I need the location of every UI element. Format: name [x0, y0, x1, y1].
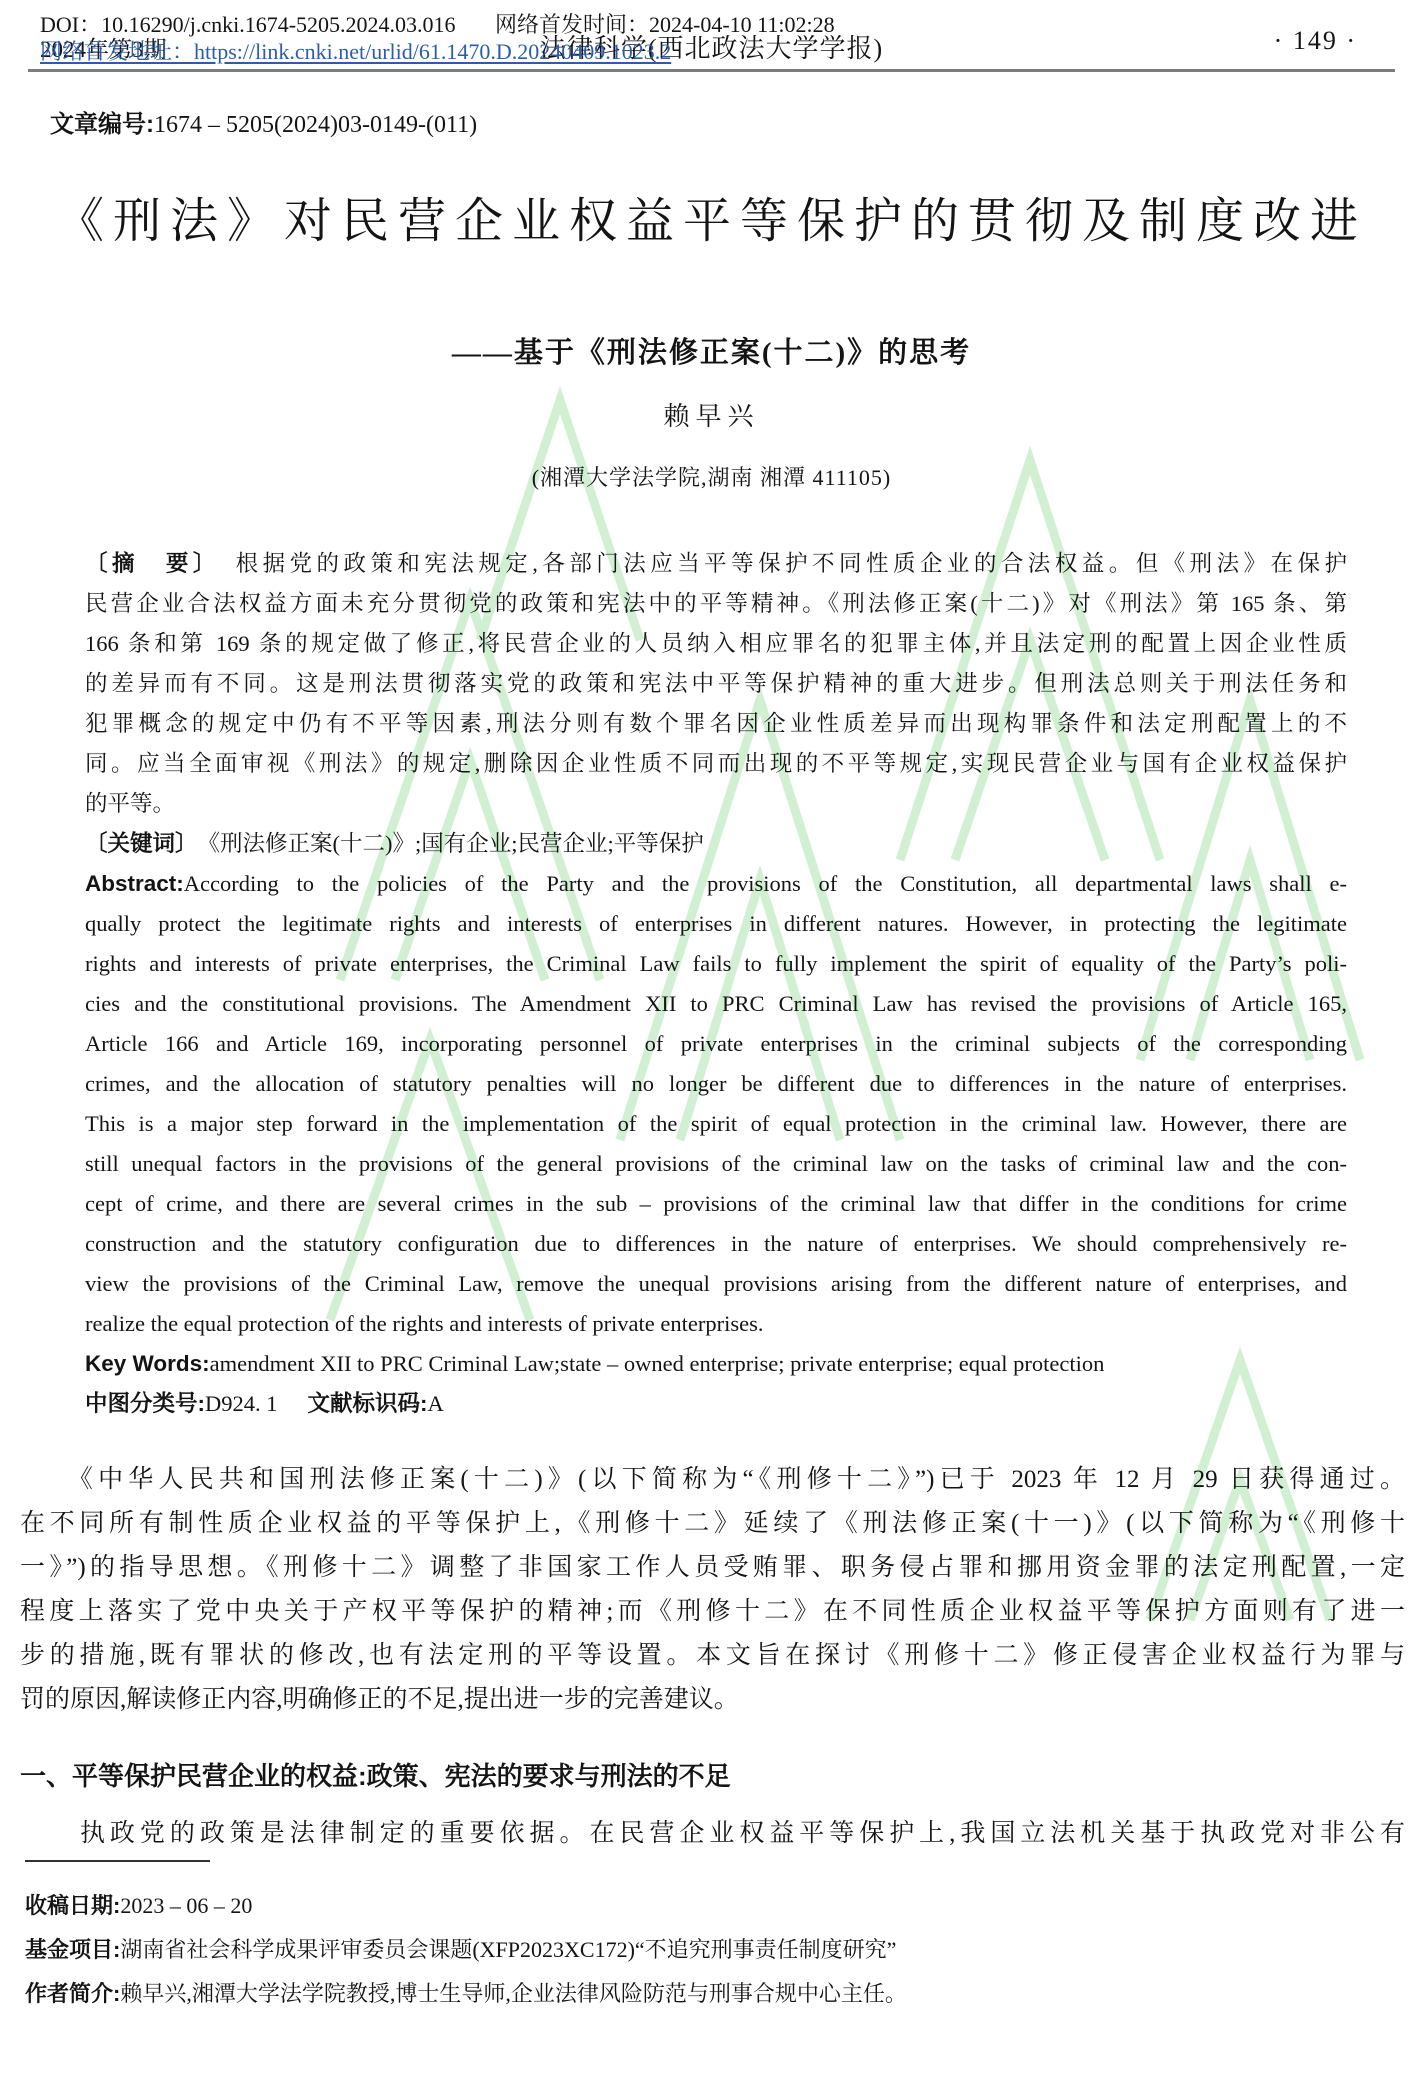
abstract-en-line: Article 166 and Article 169, incorporati… [85, 1024, 1347, 1064]
abstract-en-line: This is a major step forward in the impl… [85, 1104, 1347, 1144]
abstract-en-line: still unequal factors in the provisions … [85, 1144, 1347, 1184]
body-line: 步的措施,既有罪状的修改,也有法定刑的平等设置。本文旨在探讨《刑修十二》修正侵害… [20, 1634, 1405, 1678]
author-bio-line: 作者简介:赖早兴,湘潭大学法学院教授,博士生导师,企业法律风险防范与刑事合规中心… [25, 1972, 1405, 2016]
clc-value: D924. 1 [205, 1391, 278, 1416]
paper-title: 《刑法》对民营企业权益平等保护的贯彻及制度改进 [0, 182, 1423, 251]
author-bio-label: 作者简介: [25, 1981, 120, 2006]
keywords-cn-label: 〔关键词〕 [85, 831, 186, 856]
body-paragraph-1: 《中华人民共和国刑法修正案(十二)》(以下简称为“《刑修十二》”)已于 2023… [20, 1458, 1405, 1722]
paper-subtitle: ——基于《刑法修正案(十二)》的思考 [0, 330, 1423, 371]
keywords-en-label: Key Words: [85, 1351, 210, 1376]
doc-code-value: A [428, 1391, 444, 1416]
author-name: 赖早兴 [0, 396, 1423, 433]
abstract-cn-line: 的平等。 [85, 784, 1347, 824]
body-text: 《中华人民共和国刑法修正案(十二)》(以下简称为“《刑修十二》”)已于 2023… [20, 1458, 1405, 1856]
clc-label: 中图分类号: [85, 1391, 205, 1416]
article-id-line: 文章编号:1674 – 5205(2024)03-0149-(011) [50, 104, 477, 139]
online-url-link[interactable]: 网络首发地址：https://link.cnki.net/urlid/61.14… [40, 35, 671, 66]
body-paragraph-2: 执政党的政策是法律制定的重要依据。在民营企业权益平等保护上,我国立法机关基于执政… [20, 1812, 1405, 1856]
body-line: 程度上落实了党中央关于产权平等保护的精神;而《刑修十二》在不同性质企业权益平等保… [20, 1590, 1405, 1634]
header-rule [28, 69, 1395, 72]
abstract-en-lines: qually protect the legitimate rights and… [85, 904, 1347, 1344]
received-date-line: 收稿日期:2023 – 06 – 20 [25, 1884, 1405, 1928]
author-affiliation: (湘潭大学法学院,湖南 湘潭 411105) [0, 461, 1423, 492]
abstract-en-line: rights and interests of private enterpri… [85, 944, 1347, 984]
abstract-en-label: Abstract: [85, 871, 184, 896]
abstract-en-line: view the provisions of the Criminal Law,… [85, 1264, 1347, 1304]
abstract-block: 〔摘 要〕 根据党的政策和宪法规定,各部门法应当平等保护不同性质企业的合法权益。… [85, 544, 1347, 1424]
abstract-en-line: realize the equal protection of the righ… [85, 1304, 1347, 1344]
body-line: 罚的原因,解读修正内容,明确修正的不足,提出进一步的完善建议。 [20, 1678, 1405, 1722]
body-line: 《中华人民共和国刑法修正案(十二)》(以下简称为“《刑修十二》”)已于 2023… [20, 1458, 1405, 1502]
abstract-cn-line: 同。应当全面审视《刑法》的规定,删除因企业性质不同而出现的不平等规定,实现民营企… [85, 744, 1347, 784]
body-line: 在不同所有制性质企业权益的平等保护上,《刑修十二》延续了《刑法修正案(十一)》(… [20, 1502, 1405, 1546]
section-heading-1: 一、平等保护民营企业的权益:政策、宪法的要求与刑法的不足 [20, 1754, 1405, 1798]
abstract-cn-line: 犯罪概念的规定中仍有不平等因素,刑法分则有数个罪名因企业性质差异而出现构罪条件和… [85, 704, 1347, 744]
abstract-cn-first-line: 〔摘 要〕 根据党的政策和宪法规定,各部门法应当平等保护不同性质企业的合法权益。… [85, 544, 1347, 584]
footnote-rule [25, 1860, 210, 1862]
abstract-en-line: construction and the statutory configura… [85, 1224, 1347, 1264]
doc-code-label: 文献标识码: [308, 1391, 428, 1416]
abstract-en-first-line: Abstract:According to the policies of th… [85, 864, 1347, 904]
abstract-cn-line: 民营企业合法权益方面未充分贯彻党的政策和宪法中的平等精神。《刑法修正案(十二)》… [85, 584, 1347, 624]
abstract-en-line: crimes, and the allocation of statutory … [85, 1064, 1347, 1104]
keywords-en-line: Key Words:amendment XII to PRC Criminal … [85, 1344, 1347, 1384]
journal-page: DOI：10.16290/j.cnki.1674-5205.2024.03.01… [0, 0, 1423, 2084]
fund-project-line: 基金项目:湖南省社会科学成果评审委员会课题(XFP2023XC172)“不追究刑… [25, 1928, 1405, 1972]
classification-line: 中图分类号:D924. 1文献标识码:A [85, 1384, 1347, 1424]
abstract-en-line: qually protect the legitimate rights and… [85, 904, 1347, 944]
body-line: 一》”)的指导思想。《刑修十二》调整了非国家工作人员受贿罪、职务侵占罪和挪用资金… [20, 1546, 1405, 1590]
article-id-value: 1674 – 5205(2024)03-0149-(011) [154, 112, 477, 138]
abstract-cn-line: 的差异而有不同。这是刑法贯彻落实党的政策和宪法中平等保护精神的重大进步。但刑法总… [85, 664, 1347, 704]
abstract-en-line: cies and the constitutional provisions. … [85, 984, 1347, 1024]
received-date-label: 收稿日期: [25, 1893, 120, 1918]
abstract-cn-lines: 民营企业合法权益方面未充分贯彻党的政策和宪法中的平等精神。《刑法修正案(十二)》… [85, 584, 1347, 824]
footnotes: 收稿日期:2023 – 06 – 20 基金项目:湖南省社会科学成果评审委员会课… [25, 1860, 1405, 2016]
abstract-cn-label: 〔摘 要〕 [85, 551, 209, 576]
article-id-label: 文章编号: [50, 111, 154, 138]
abstract-cn-line: 166 条和第 169 条的规定做了修正,将民营企业的人员纳入相应罪名的犯罪主体… [85, 624, 1347, 664]
keywords-cn-line: 〔关键词〕 《刑法修正案(十二)》;国有企业;民营企业;平等保护 [85, 824, 1347, 864]
abstract-en-line: cept of crime, and there are several cri… [85, 1184, 1347, 1224]
fund-project-label: 基金项目: [25, 1937, 120, 1962]
